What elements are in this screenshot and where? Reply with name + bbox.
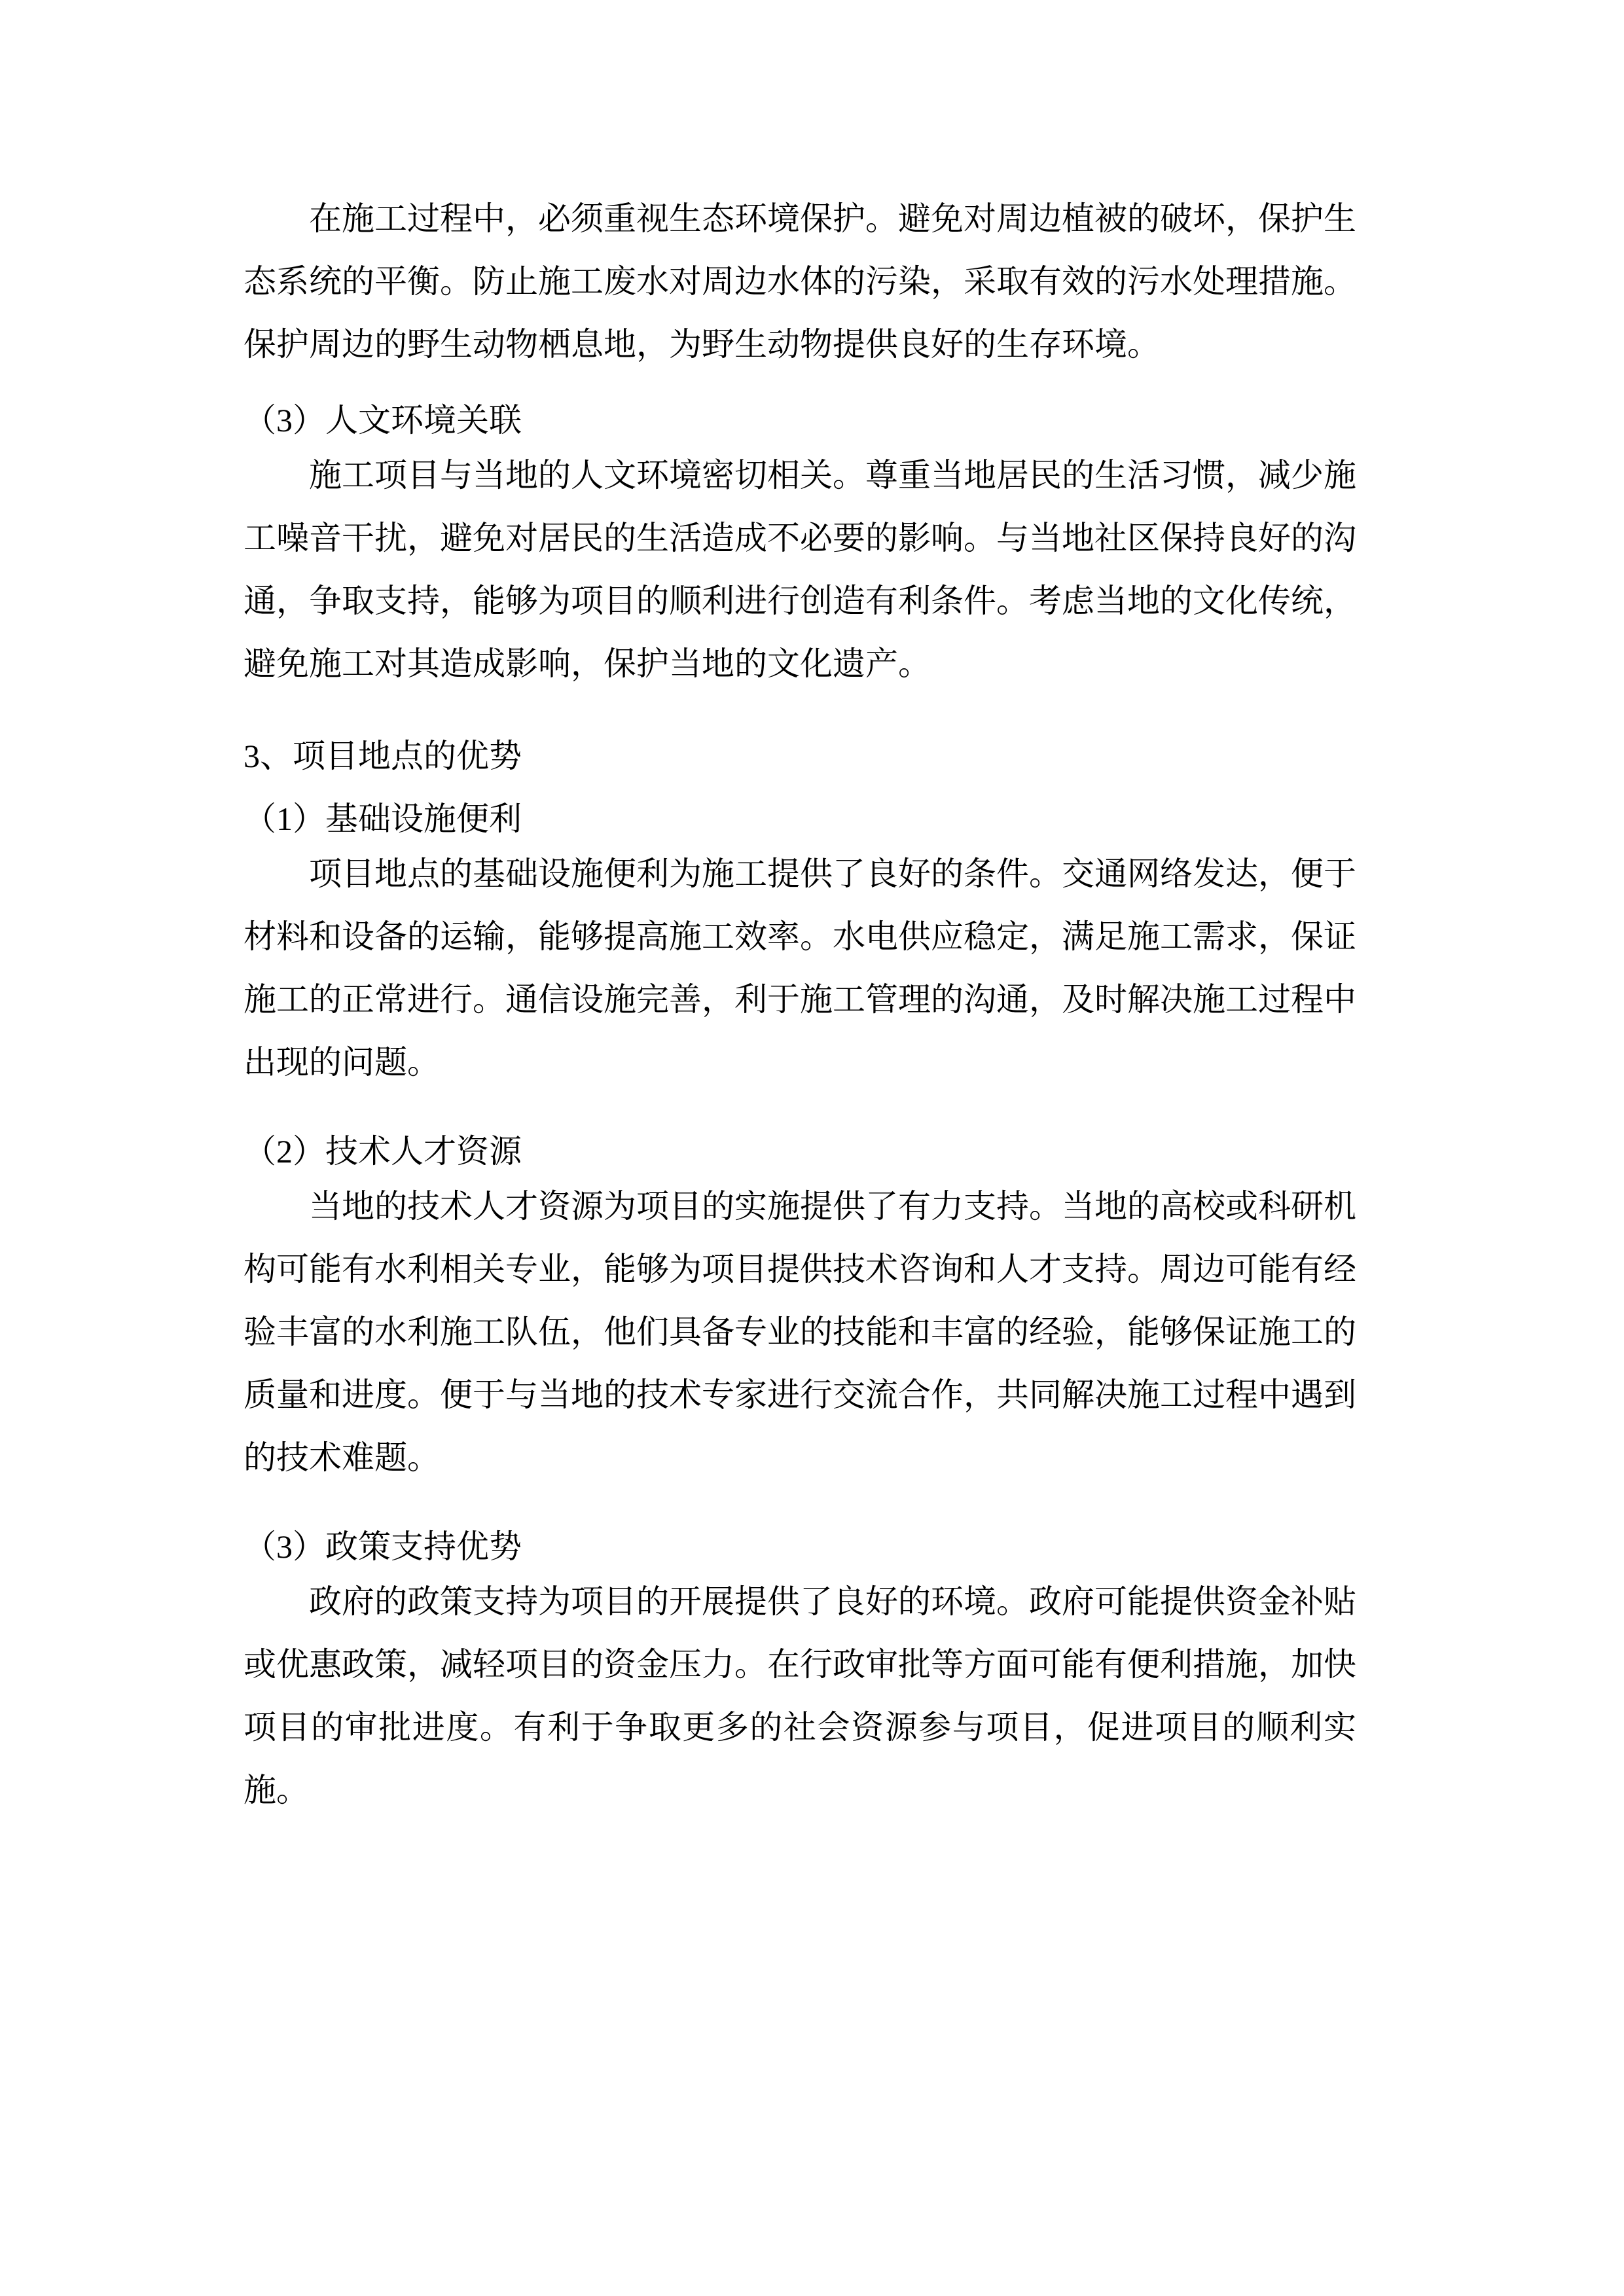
section-heading-location-advantages: 3、项目地点的优势 [244,725,1356,787]
subsection-heading-policy-support: （3）政策支持优势 [244,1515,1356,1578]
subsection-heading-infrastructure: （1）基础设施便利 [244,787,1356,850]
paragraph-ecology: 在施工过程中，必须重视生态环境保护。避免对周边植被的破坏，保护生态系统的平衡。防… [244,187,1356,376]
paragraph-human-environment: 施工项目与当地的人文环境密切相关。尊重当地居民的生活习惯，减少施工噪音干扰，避免… [244,444,1356,695]
document-page: 在施工过程中，必须重视生态环境保护。避免对周边植被的破坏，保护生态系统的平衡。防… [0,0,1624,2296]
paragraph-policy-support: 政府的政策支持为项目的开展提供了良好的环境。政府可能提供资金补贴或优惠政策，减轻… [244,1570,1356,1821]
subsection-heading-technical-talent: （2）技术人才资源 [244,1120,1356,1183]
paragraph-technical-talent: 当地的技术人才资源为项目的实施提供了有力支持。当地的高校或科研机构可能有水利相关… [244,1175,1356,1489]
paragraph-infrastructure: 项目地点的基础设施便利为施工提供了良好的条件。交通网络发达，便于材料和设备的运输… [244,842,1356,1094]
subsection-heading-human-environment: （3）人文环境关联 [244,389,1356,452]
